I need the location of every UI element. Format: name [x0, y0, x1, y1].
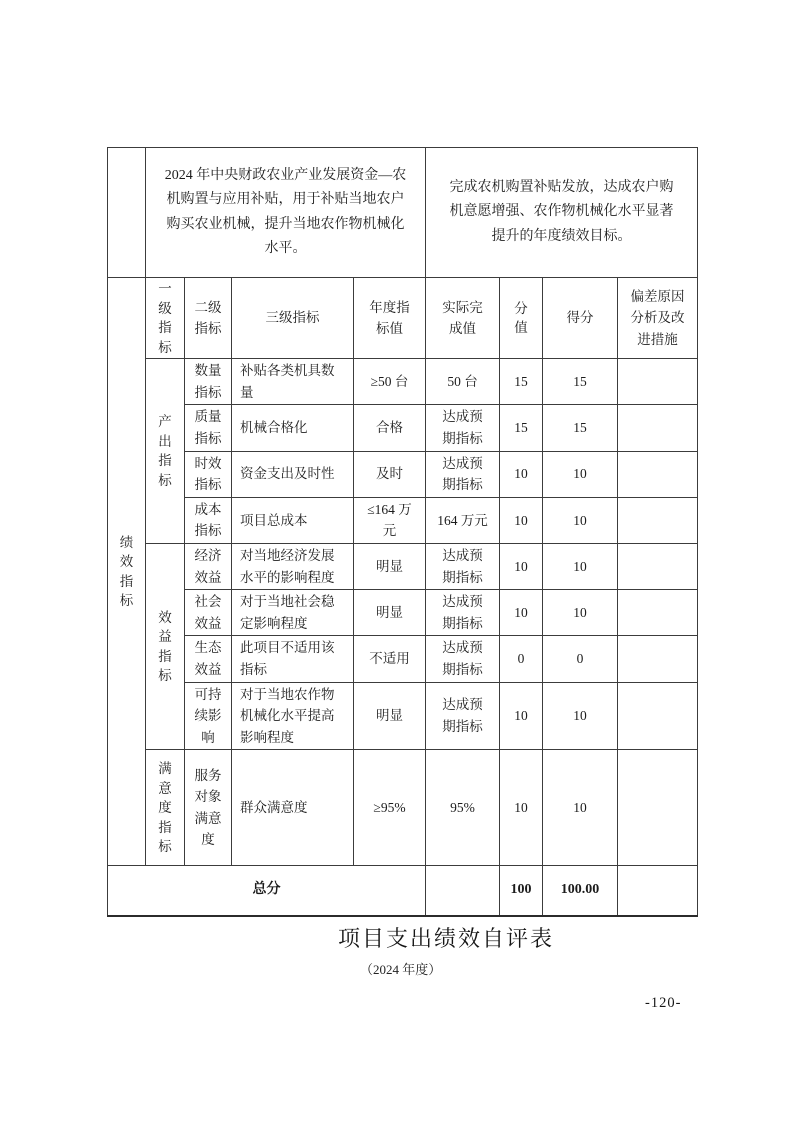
target-cell: 明显	[354, 590, 426, 636]
page-subtitle: （2024 年度）	[360, 959, 441, 978]
score-cell: 10	[500, 590, 543, 636]
level2-cell: 经济 效益	[185, 544, 232, 590]
level2-cell: 成本 指标	[185, 497, 232, 543]
project-overview-cell: 2024 年中央财政农业产业发展资金—农 机购置与应用补贴，用于补贴当地农户 购…	[146, 148, 426, 278]
document-page: 2024 年中央财政农业产业发展资金—农 机购置与应用补贴，用于补贴当地农户 购…	[0, 0, 794, 1122]
total-earned-cell: 100.00	[543, 866, 618, 916]
target-cell: ≥95%	[354, 750, 426, 866]
header-score: 分 值	[500, 278, 543, 359]
table-row: 2024 年中央财政农业产业发展资金—农 机购置与应用补贴，用于补贴当地农户 购…	[108, 148, 698, 278]
level2-cell: 时效 指标	[185, 451, 232, 497]
annual-goal-cell: 完成农机购置补贴发放，达成农户购 机意愿增强、农作物机械化水平显著 提升的年度绩…	[426, 148, 698, 278]
deviation-cell	[618, 636, 698, 682]
actual-cell: 50 台	[426, 359, 500, 405]
actual-cell: 达成预 期指标	[426, 544, 500, 590]
table-row: 质量 指标 机械合格化 合格 达成预 期指标 15 15	[108, 405, 698, 451]
earned-cell: 10	[543, 451, 618, 497]
table-row: 生态 效益 此项目不适用该 指标 不适用 达成预 期指标 0 0	[108, 636, 698, 682]
earned-cell: 10	[543, 497, 618, 543]
total-row: 总分 100 100.00	[108, 866, 698, 916]
level3-cell: 此项目不适用该 指标	[232, 636, 354, 682]
header-level2: 二级 指标	[185, 278, 232, 359]
level3-cell: 补贴各类机具数 量	[232, 359, 354, 405]
deviation-cell	[618, 359, 698, 405]
group-benefit-cell: 效 益 指 标	[146, 544, 185, 750]
total-score-cell: 100	[500, 866, 543, 916]
total-deviation-cell	[618, 866, 698, 916]
target-cell: 明显	[354, 544, 426, 590]
table-row: 满 意 度 指 标 服务 对象 满意 度 群众满意度 ≥95% 95% 10 1…	[108, 750, 698, 866]
page-number: -120-	[645, 995, 681, 1012]
target-cell: ≥50 台	[354, 359, 426, 405]
score-cell: 10	[500, 682, 543, 750]
target-cell: 合格	[354, 405, 426, 451]
page-title: 项目支出绩效自评表	[338, 922, 554, 953]
total-label-cell: 总分	[108, 866, 426, 916]
actual-cell: 达成预 期指标	[426, 636, 500, 682]
score-cell: 15	[500, 405, 543, 451]
side-spacer-cell	[108, 148, 146, 278]
level2-cell: 可持 续影 响	[185, 682, 232, 750]
earned-cell: 10	[543, 590, 618, 636]
actual-cell: 164 万元	[426, 497, 500, 543]
level3-cell: 项目总成本	[232, 497, 354, 543]
target-cell: 不适用	[354, 636, 426, 682]
deviation-cell	[618, 405, 698, 451]
header-actual: 实际完 成值	[426, 278, 500, 359]
target-cell: ≤164 万 元	[354, 497, 426, 543]
group-output-cell: 产 出 指 标	[146, 359, 185, 544]
actual-cell: 达成预 期指标	[426, 590, 500, 636]
deviation-cell	[618, 544, 698, 590]
level3-cell: 对于当地农作物 机械化水平提高 影响程度	[232, 682, 354, 750]
table-row: 可持 续影 响 对于当地农作物 机械化水平提高 影响程度 明显 达成预 期指标 …	[108, 682, 698, 750]
header-level3: 三级指标	[232, 278, 354, 359]
header-level1: 一 级 指 标	[146, 278, 185, 359]
earned-cell: 10	[543, 544, 618, 590]
total-actual-cell	[426, 866, 500, 916]
level2-cell: 质量 指标	[185, 405, 232, 451]
table-row: 社会 效益 对于当地社会稳 定影响程度 明显 达成预 期指标 10 10	[108, 590, 698, 636]
header-annual-target: 年度指 标值	[354, 278, 426, 359]
actual-cell: 达成预 期指标	[426, 405, 500, 451]
earned-cell: 10	[543, 750, 618, 866]
earned-cell: 10	[543, 682, 618, 750]
score-cell: 10	[500, 750, 543, 866]
group-satisfaction-cell: 满 意 度 指 标	[146, 750, 185, 866]
actual-cell: 达成预 期指标	[426, 451, 500, 497]
score-cell: 10	[500, 451, 543, 497]
level3-cell: 资金支出及时性	[232, 451, 354, 497]
target-cell: 及时	[354, 451, 426, 497]
score-cell: 15	[500, 359, 543, 405]
deviation-cell	[618, 590, 698, 636]
table-row: 时效 指标 资金支出及时性 及时 达成预 期指标 10 10	[108, 451, 698, 497]
deviation-cell	[618, 750, 698, 866]
score-cell: 10	[500, 497, 543, 543]
level3-cell: 机械合格化	[232, 405, 354, 451]
score-cell: 10	[500, 544, 543, 590]
table-header-row: 绩 效 指 标 一 级 指 标 二级 指标 三级指标 年度指 标值 实际完 成值…	[108, 278, 698, 359]
level3-cell: 群众满意度	[232, 750, 354, 866]
earned-cell: 15	[543, 405, 618, 451]
level2-cell: 数量 指标	[185, 359, 232, 405]
table-row: 效 益 指 标 经济 效益 对当地经济发展 水平的影响程度 明显 达成预 期指标…	[108, 544, 698, 590]
deviation-cell	[618, 682, 698, 750]
table-row: 产 出 指 标 数量 指标 补贴各类机具数 量 ≥50 台 50 台 15 15	[108, 359, 698, 405]
target-cell: 明显	[354, 682, 426, 750]
actual-cell: 95%	[426, 750, 500, 866]
level2-cell: 社会 效益	[185, 590, 232, 636]
level3-cell: 对于当地社会稳 定影响程度	[232, 590, 354, 636]
score-cell: 0	[500, 636, 543, 682]
actual-cell: 达成预 期指标	[426, 682, 500, 750]
table-row: 成本 指标 项目总成本 ≤164 万 元 164 万元 10 10	[108, 497, 698, 543]
deviation-cell	[618, 497, 698, 543]
side-label-cell: 绩 效 指 标	[108, 278, 146, 866]
header-deviation: 偏差原因 分析及改 进措施	[618, 278, 698, 359]
level3-cell: 对当地经济发展 水平的影响程度	[232, 544, 354, 590]
earned-cell: 15	[543, 359, 618, 405]
level2-cell: 服务 对象 满意 度	[185, 750, 232, 866]
level2-cell: 生态 效益	[185, 636, 232, 682]
header-earned: 得分	[543, 278, 618, 359]
deviation-cell	[618, 451, 698, 497]
performance-table: 2024 年中央财政农业产业发展资金—农 机购置与应用补贴，用于补贴当地农户 购…	[107, 147, 698, 917]
earned-cell: 0	[543, 636, 618, 682]
